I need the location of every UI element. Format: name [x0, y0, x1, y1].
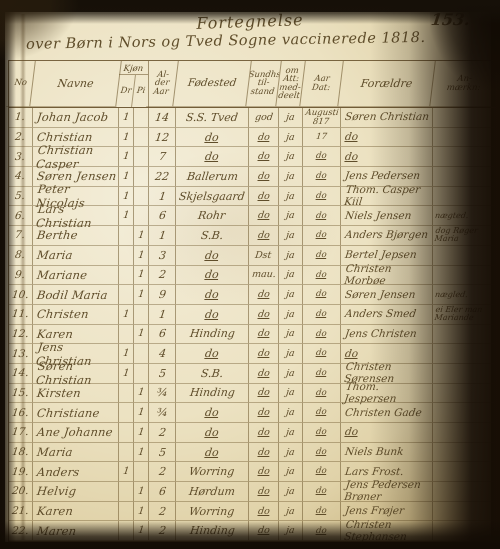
cell-alder: 2 [149, 502, 176, 522]
cell-dr-text: 1 [122, 348, 130, 359]
register-table: No Navne Kjøn Dr Pi Al- der Aar Fødested… [8, 60, 497, 542]
cell-pi-text: 1 [137, 506, 145, 517]
cell-alder: 9 [149, 285, 176, 305]
cell-foraeldre: do [341, 147, 433, 167]
header-fodested: Fødested [173, 61, 252, 107]
cell-dr [119, 325, 134, 345]
cell-attest: ja [279, 502, 303, 522]
cell-sundhed: do [249, 147, 279, 167]
cell-alder-text: 3 [158, 249, 167, 262]
cell-naar: do [303, 502, 341, 522]
cell-naar: do [303, 187, 341, 207]
cell-navne: Helvig [33, 482, 119, 502]
cell-anm-text: dog Røger Maria [434, 227, 495, 243]
cell-dr: 1 [119, 364, 134, 384]
cell-no: 13. [9, 344, 33, 364]
cell-anm [433, 384, 495, 404]
cell-navne-text: Helvig [36, 484, 77, 498]
cell-no-text: 3. [15, 151, 27, 163]
cell-no: 16. [9, 403, 33, 423]
cell-sundhed: do [249, 403, 279, 423]
cell-anm [433, 462, 495, 482]
cell-attest-text: ja [286, 506, 296, 517]
cell-sundhed-text: god [254, 112, 273, 123]
cell-dr: 1 [119, 128, 134, 148]
cell-sundhed: do [249, 285, 279, 305]
cell-naar: do [303, 364, 341, 384]
cell-alder-text: 1 [158, 229, 167, 242]
cell-fodested-text: do [204, 426, 219, 439]
cell-pi [134, 462, 149, 482]
cell-navne-text: Christen [36, 307, 89, 321]
cell-fodested-text: Worring [189, 505, 236, 518]
cell-foraeldre-text: Thom. Casper Kiil [344, 184, 434, 208]
cell-sundhed: do [249, 128, 279, 148]
cell-pi [134, 344, 149, 364]
cell-foraeldre-text: Søren Jensen [344, 289, 416, 301]
cell-sundhed-text: do [257, 151, 270, 162]
cell-sundhed-text: do [257, 348, 270, 359]
cell-sundhed-text: do [257, 506, 270, 517]
cell-sundhed: do [249, 344, 279, 364]
cell-fodested: do [176, 443, 249, 463]
cell-navne: Christian Casper [33, 147, 119, 167]
cell-attest: ja [279, 462, 303, 482]
cell-fodested-text: do [204, 131, 219, 144]
cell-sundhed: do [249, 443, 279, 463]
cell-anm [433, 403, 495, 423]
cell-naar-text: 17 [316, 133, 328, 142]
cell-attest: ja [279, 108, 303, 128]
cell-pi: 1 [134, 266, 149, 286]
cell-anm-text: nægted. [435, 212, 469, 220]
cell-navne: Lars Christian [33, 206, 119, 226]
cell-attest-text: ja [286, 269, 296, 280]
cell-foraeldre-text: Niels Bunk [344, 446, 404, 458]
cell-naar: do [303, 384, 341, 404]
cell-attest-text: ja [286, 112, 296, 123]
cell-foraeldre: Søren Christian [341, 108, 433, 128]
cell-naar: do [303, 147, 341, 167]
cell-naar: do [303, 246, 341, 266]
cell-naar: do [303, 344, 341, 364]
cell-attest: ja [279, 423, 303, 443]
cell-anm: dog Røger Maria [433, 226, 495, 246]
cell-sundhed: mau. [249, 266, 279, 286]
cell-alder: 12 [149, 128, 176, 148]
cell-naar-text: do [316, 487, 328, 496]
cell-attest: ja [279, 226, 303, 246]
cell-naar-text: do [316, 172, 328, 181]
cell-alder: 6 [149, 482, 176, 502]
cell-attest-text: ja [286, 309, 296, 320]
cell-sundhed: do [249, 187, 279, 207]
cell-no: 17. [9, 423, 33, 443]
cell-alder: 6 [149, 325, 176, 345]
cell-navne-text: Karen [36, 504, 74, 518]
cell-alder-text: 5 [158, 446, 167, 459]
cell-sundhed-text: do [257, 309, 270, 320]
cell-alder-text: 4 [158, 347, 167, 360]
cell-alder: 3 [149, 246, 176, 266]
cell-attest-text: ja [286, 151, 296, 162]
cell-naar-text: do [316, 271, 328, 280]
cell-attest: ja [279, 403, 303, 423]
cell-alder: 22 [149, 167, 176, 187]
cell-dr: 1 [119, 206, 134, 226]
cell-foraeldre-text: Lars Frost. [344, 466, 404, 478]
cell-sundhed: god [249, 108, 279, 128]
cell-pi [134, 147, 149, 167]
cell-anm: nægled. [433, 285, 495, 305]
cell-navne-text: Christiane [36, 406, 100, 420]
cell-dr-text: 1 [122, 368, 130, 379]
cell-sundhed: do [249, 305, 279, 325]
cell-navne-text: Ane Johanne [36, 425, 114, 439]
cell-sundhed-text: do [257, 387, 270, 398]
cell-alder-text: 2 [158, 465, 167, 478]
cell-navne-text: Søren Christian [35, 359, 119, 387]
cell-foraeldre-text: Søren Christian [344, 111, 429, 123]
cell-foraeldre-text: Niels Jensen [344, 210, 412, 222]
cell-naar-text: do [316, 349, 328, 358]
cell-navne: Anders [33, 462, 119, 482]
cell-alder: 1 [149, 305, 176, 325]
cell-fodested: Ballerum [176, 167, 249, 187]
cell-dr-text: 1 [122, 171, 130, 182]
cell-no-text: 16. [11, 407, 29, 419]
cell-naar-text: do [316, 467, 328, 476]
cell-fodested-text: S.S. Tved [185, 111, 238, 124]
cell-foraeldre: Niels Jensen [341, 206, 433, 226]
cell-foraeldre-text: Christen Stephansen [344, 519, 434, 543]
cell-no: 4. [9, 167, 33, 187]
cell-no-text: 12. [11, 328, 29, 340]
cell-pi [134, 364, 149, 384]
cell-foraeldre-text: do [344, 151, 359, 163]
cell-pi-text: 1 [137, 427, 145, 438]
cell-dr: 1 [119, 108, 134, 128]
cell-sundhed-text: do [257, 328, 270, 339]
cell-no: 9. [9, 266, 33, 286]
cell-anm-text: nægled. [435, 291, 469, 299]
cell-foraeldre: Niels Bunk [341, 443, 433, 463]
cell-fodested-text: Ballerum [186, 170, 239, 183]
cell-pi: 1 [134, 443, 149, 463]
cell-naar-text: do [316, 330, 328, 339]
cell-dr: 1 [119, 167, 134, 187]
cell-fodested-text: Skjelsgaard [178, 190, 245, 203]
page-number: 153. [430, 10, 471, 29]
cell-no-text: 8. [15, 249, 27, 261]
cell-sundhed: do [249, 206, 279, 226]
cell-alder-text: ¾ [156, 406, 168, 419]
cell-fodested-text: do [204, 308, 219, 321]
cell-dr: 1 [119, 462, 134, 482]
cell-navne: Maren [33, 521, 119, 541]
cell-navne: Christen [33, 305, 119, 325]
cell-no: 18. [9, 443, 33, 463]
cell-dr-text: 1 [122, 151, 130, 162]
cell-no: 10. [9, 285, 33, 305]
cell-fodested: do [176, 285, 249, 305]
cell-dr-text: 1 [122, 210, 130, 221]
cell-no: 21. [9, 502, 33, 522]
cell-dr [119, 423, 134, 443]
cell-alder: 2 [149, 423, 176, 443]
cell-pi: 1 [134, 325, 149, 345]
cell-fodested: do [176, 128, 249, 148]
cell-navne-text: Berthe [36, 228, 79, 242]
cell-pi: 1 [134, 482, 149, 502]
cell-navne: Søren Christian [33, 364, 119, 384]
cell-navne-text: Mariane [36, 268, 88, 282]
cell-sundhed: do [249, 325, 279, 345]
cell-attest: ja [279, 246, 303, 266]
cell-dr-text: 1 [122, 112, 130, 123]
cell-navne-text: Christian [36, 130, 93, 144]
cell-foraeldre-text: Jens Pedersen [344, 170, 421, 182]
cell-navne: Johan Jacob [33, 108, 119, 128]
cell-naar: do [303, 521, 341, 541]
cell-attest: ja [279, 521, 303, 541]
cell-attest: ja [279, 206, 303, 226]
cell-naar-text: do [316, 408, 328, 417]
cell-dr [119, 266, 134, 286]
cell-dr-text: 1 [122, 466, 130, 477]
table-header-row: No Navne Kjøn Dr Pi Al- der Aar Fødested… [9, 61, 496, 108]
cell-anm [433, 364, 495, 384]
cell-pi-text: 1 [137, 269, 145, 280]
cell-fodested: do [176, 266, 249, 286]
cell-pi [134, 108, 149, 128]
cell-naar-text: do [316, 369, 328, 378]
cell-navne: Karen [33, 502, 119, 522]
cell-foraeldre-text: do [344, 348, 359, 360]
cell-sundhed: do [249, 482, 279, 502]
cell-fodested: do [176, 246, 249, 266]
cell-alder-text: 22 [154, 170, 170, 183]
cell-naar-text: do [316, 527, 328, 536]
cell-naar-text: do [316, 310, 328, 319]
cell-attest-text: ja [286, 387, 296, 398]
cell-sundhed-text: do [257, 466, 270, 477]
cell-navne-text: Christian Casper [35, 143, 119, 171]
cell-anm [433, 187, 495, 207]
cell-pi-text: 1 [137, 407, 145, 418]
cell-foraeldre-text: Christen Morbøe [344, 263, 434, 287]
cell-alder: 1 [149, 187, 176, 207]
cell-pi-text: 1 [137, 525, 145, 536]
cell-attest-text: ja [286, 407, 296, 418]
cell-attest: ja [279, 384, 303, 404]
cell-foraeldre-text: Thom. Jespersen [344, 381, 434, 405]
cell-attest-text: ja [286, 525, 296, 536]
cell-no-text: 22. [11, 525, 29, 537]
cell-fodested-text: do [204, 249, 219, 262]
cell-attest-text: ja [286, 328, 296, 339]
cell-attest: ja [279, 364, 303, 384]
cell-naar: do [303, 167, 341, 187]
header-naar: Aar Dat: [300, 61, 344, 107]
cell-alder: 5 [149, 443, 176, 463]
cell-alder: 7 [149, 147, 176, 167]
cell-anm [433, 108, 495, 128]
cell-pi: 1 [134, 403, 149, 423]
cell-dr [119, 403, 134, 423]
cell-alder: 1 [149, 226, 176, 246]
cell-fodested-text: do [204, 150, 219, 163]
cell-sundhed-text: do [257, 210, 270, 221]
cell-naar-text: do [316, 448, 328, 457]
cell-foraeldre: Christen Gade [341, 403, 433, 423]
cell-naar-text: do [316, 192, 328, 201]
cell-attest: ja [279, 325, 303, 345]
cell-no-text: 7. [15, 229, 27, 241]
cell-pi-text: 1 [137, 230, 145, 241]
cell-naar: do [303, 305, 341, 325]
cell-no-text: 11. [11, 308, 29, 320]
cell-pi [134, 305, 149, 325]
cell-navne-text: Johan Jacob [36, 110, 109, 124]
cell-sundhed-text: do [257, 132, 270, 143]
cell-anm [433, 246, 495, 266]
cell-fodested: Hinding [176, 521, 249, 541]
cell-no-text: 6. [15, 210, 27, 222]
cell-attest-text: ja [286, 191, 296, 202]
cell-pi-text: 1 [137, 486, 145, 497]
cell-sundhed: Dst [249, 246, 279, 266]
cell-fodested: Rohr [176, 206, 249, 226]
cell-dr: 1 [119, 305, 134, 325]
cell-naar: do [303, 206, 341, 226]
cell-no-text: 15. [11, 387, 29, 399]
cell-dr [119, 246, 134, 266]
cell-foraeldre-text: Jens Christen [344, 328, 417, 340]
cell-attest-text: ja [286, 348, 296, 359]
cell-dr-text: 1 [122, 132, 130, 143]
cell-navne: Maria [33, 443, 119, 463]
cell-attest-text: ja [286, 466, 296, 477]
cell-attest-text: ja [286, 230, 296, 241]
cell-attest: ja [279, 266, 303, 286]
cell-no: 6. [9, 206, 33, 226]
cell-alder: 4 [149, 344, 176, 364]
cell-naar: do [303, 325, 341, 345]
cell-alder-text: 9 [158, 288, 167, 301]
cell-attest-text: ja [286, 427, 296, 438]
cell-dr: 1 [119, 187, 134, 207]
cell-pi-text: 1 [137, 447, 145, 458]
cell-foraeldre: Christen Morbøe [341, 266, 433, 286]
cell-naar: do [303, 443, 341, 463]
cell-alder: ¾ [149, 384, 176, 404]
cell-foraeldre-text: Jens Frøjer [344, 505, 405, 517]
cell-fodested: do [176, 305, 249, 325]
cell-foraeldre: Thom. Casper Kiil [341, 187, 433, 207]
cell-sundhed-text: mau. [251, 269, 276, 280]
cell-navne: Bodil Maria [33, 285, 119, 305]
cell-fodested-text: do [204, 446, 219, 459]
cell-no: 22. [9, 521, 33, 541]
cell-attest: ja [279, 187, 303, 207]
cell-sundhed: do [249, 226, 279, 246]
cell-naar-text: do [316, 290, 328, 299]
cell-fodested: S.B. [176, 364, 249, 384]
cell-foraeldre: Anders Bjørgen [341, 226, 433, 246]
cell-alder-text: 14 [154, 111, 170, 124]
cell-no: 8. [9, 246, 33, 266]
cell-pi-text: 1 [137, 250, 145, 261]
cell-no-text: 1. [15, 111, 27, 123]
cell-dr [119, 443, 134, 463]
cell-alder-text: 12 [154, 131, 170, 144]
cell-no-text: 2. [15, 131, 27, 143]
cell-no-text: 17. [11, 426, 29, 438]
cell-pi: 1 [134, 384, 149, 404]
cell-fodested-text: do [204, 347, 219, 360]
cell-foraeldre: Christen Stephansen [341, 521, 433, 541]
cell-no-text: 14. [11, 367, 29, 379]
cell-naar-text: do [316, 212, 328, 221]
cell-pi [134, 206, 149, 226]
cell-sundhed-text: do [257, 191, 270, 202]
cell-no: 15. [9, 384, 33, 404]
cell-alder: 2 [149, 462, 176, 482]
cell-attest-text: ja [286, 171, 296, 182]
cell-sundhed: do [249, 502, 279, 522]
cell-naar: do [303, 403, 341, 423]
cell-naar-text: do [316, 152, 328, 161]
cell-sundhed-text: do [257, 427, 270, 438]
cell-no-text: 21. [11, 505, 29, 517]
cell-no: 12. [9, 325, 33, 345]
cell-sundhed: do [249, 364, 279, 384]
cell-alder-text: 6 [158, 327, 167, 340]
cell-sundhed: do [249, 521, 279, 541]
cell-foraeldre: do [341, 423, 433, 443]
cell-pi: 1 [134, 246, 149, 266]
cell-attest-text: ja [286, 486, 296, 497]
cell-anm: ei Eler man Mariande [433, 305, 495, 325]
cell-sundhed-text: do [257, 486, 270, 497]
cell-fodested-text: S.B. [200, 229, 224, 242]
cell-naar: do [303, 266, 341, 286]
cell-naar: do [303, 462, 341, 482]
cell-attest: ja [279, 128, 303, 148]
cell-attest: ja [279, 344, 303, 364]
cell-no-text: 5. [15, 190, 27, 202]
cell-sundhed: do [249, 462, 279, 482]
cell-no-text: 18. [11, 446, 29, 458]
cell-attest-text: ja [286, 250, 296, 261]
cell-fodested: Skjelsgaard [176, 187, 249, 207]
cell-fodested-text: S.B. [200, 367, 224, 380]
cell-alder-text: 6 [158, 209, 167, 222]
scanned-register-page: Fortegnelse over Børn i Nors og Tved Sog… [0, 0, 500, 549]
cell-naar: do [303, 482, 341, 502]
cell-attest-text: ja [286, 368, 296, 379]
header-navne: Navne [30, 61, 122, 107]
cell-naar: do [303, 226, 341, 246]
cell-no: 2. [9, 128, 33, 148]
cell-sundhed: do [249, 167, 279, 187]
cell-attest: ja [279, 167, 303, 187]
cell-fodested: Hørdum [176, 482, 249, 502]
cell-naar: Augusti 817 [303, 108, 341, 128]
cell-anm [433, 344, 495, 364]
cell-alder-text: 7 [158, 150, 167, 163]
